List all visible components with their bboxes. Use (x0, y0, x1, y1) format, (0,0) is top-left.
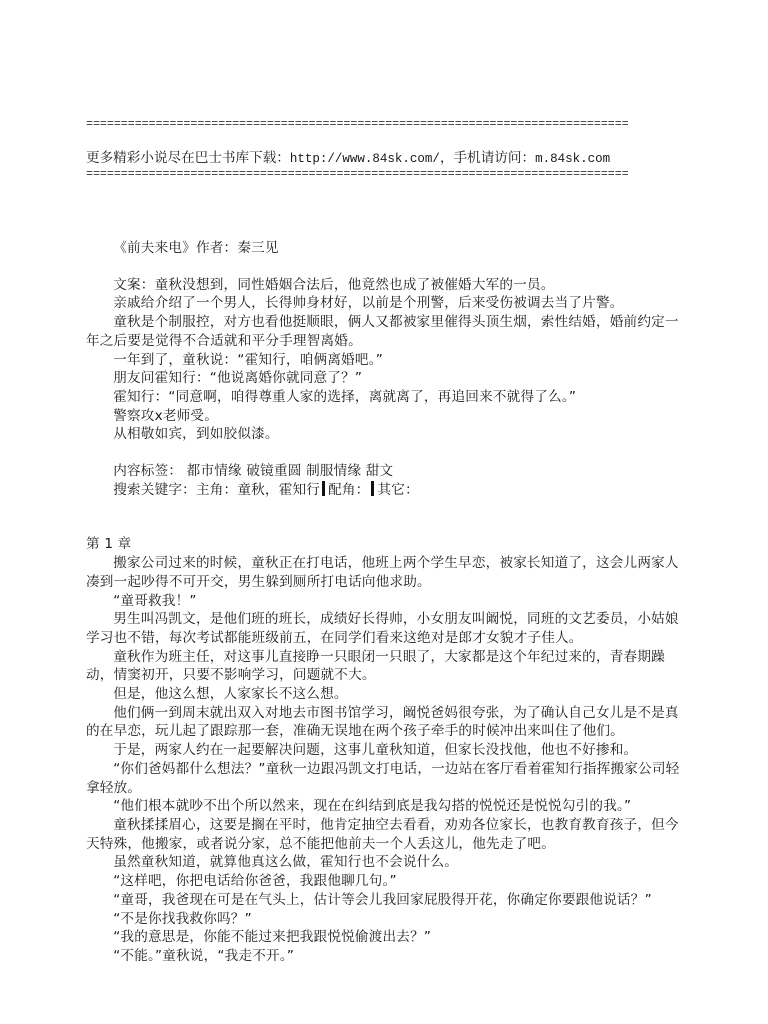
synopsis-paragraph: 从相敬如宾，到如胶似漆。 (86, 425, 680, 444)
chapter-paragraph: 于是，两家人约在一起要解决问题，这事儿童秋知道，但家长没找他，他也不好掺和。 (86, 741, 680, 760)
chapter-paragraph: 他们俩一到周末就出双入对地去市图书馆学习，阚悦爸妈很夸张，为了确认自己女儿是不是… (86, 704, 680, 741)
promo-prefix: 更多精彩小说尽在巴士书库下载： (86, 150, 290, 166)
divider-bar-icon (322, 481, 325, 496)
content-tags: 内容标签： 都市情缘 破镜重圆 制服情缘 甜文 (86, 462, 680, 481)
synopsis: 文案：童秋没想到，同性婚姻合法后，他竟然也成了被催婚大军的一员。 亲戚给介绍了一… (86, 276, 680, 444)
chapter-paragraph: “童哥，我爸现在可是在气头上，估计等会儿我回家屁股得开花，你确定你要跟他说话？” (86, 891, 680, 910)
promo-mobile-link[interactable]: m.84sk.com (535, 152, 610, 166)
chapter-1: 第 1 章 搬家公司过来的时候，童秋正在打电话，他班上两个学生早恋，被家长知道了… (86, 535, 680, 965)
spacer (86, 444, 680, 462)
chapter-paragraph: “这样吧，你把电话给你爸爸，我跟他聊几句。” (86, 872, 680, 891)
divider-bar-icon (371, 481, 374, 496)
chapter-paragraph: “不是你找我救你吗？” (86, 910, 680, 929)
chapter-paragraph: “他们根本就吵不出个所以然来，现在在纠结到底是我勾搭的悦悦还是悦悦勾引的我。” (86, 797, 680, 816)
promo-url-link[interactable]: http://www.84sk.com/ (290, 152, 440, 166)
chapter-heading: 第 1 章 (86, 535, 680, 554)
search-keywords: 搜索关键字：主角：童秋，霍知行配角：其它： (86, 481, 680, 500)
synopsis-paragraph: 亲戚给介绍了一个男人，长得帅身材好，以前是个刑警，后来受伤被调去当了片警。 (86, 294, 680, 313)
promo-line: 更多精彩小说尽在巴士书库下载：http://www.84sk.com/，手机请访… (86, 149, 680, 167)
synopsis-paragraph: 一年到了，童秋说：“霍知行，咱俩离婚吧。” (86, 351, 680, 370)
separator-bottom: ========================================… (86, 167, 680, 199)
chapter-paragraph: 搬家公司过来的时候，童秋正在打电话，他班上两个学生早恋，被家长知道了，这会儿两家… (86, 554, 680, 591)
book-meta: 内容标签： 都市情缘 破镜重圆 制服情缘 甜文 搜索关键字：主角：童秋，霍知行配… (86, 462, 680, 499)
synopsis-paragraph: 童秋是个制服控，对方也看他挺顺眼，俩人又都被家里催得头顶生烟，索性结婚，婚前约定… (86, 313, 680, 350)
chapter-paragraph: 童秋揉揉眉心，这要是搁在平时，他肯定抽空去看看，劝劝各位家长，也教育教育孩子，但… (86, 816, 680, 853)
document-body: 《前夫来电》作者：秦三见 文案：童秋没想到，同性婚姻合法后，他竟然也成了被催婚大… (86, 239, 680, 966)
spacer (86, 499, 680, 535)
synopsis-paragraph: 朋友问霍知行：“他说离婚你就同意了？” (86, 369, 680, 388)
book-title-line: 《前夫来电》作者：秦三见 (86, 239, 680, 258)
chapter-paragraph: 男生叫冯凯文，是他们班的班长，成绩好长得帅，小女朋友叫阚悦，同班的文艺委员，小姑… (86, 610, 680, 647)
synopsis-paragraph: 文案：童秋没想到，同性婚姻合法后，他竟然也成了被催婚大军的一员。 (86, 276, 680, 295)
keywords-supporting: 配角： (328, 482, 369, 498)
chapter-paragraph: 但是，他这么想，人家家长不这么想。 (86, 685, 680, 704)
spacer (86, 199, 680, 239)
keywords-other: 其它： (377, 482, 418, 498)
chapter-paragraph: “你们爸妈都什么想法？”童秋一边跟冯凯文打电话，一边站在客厅看着霍知行指挥搬家公… (86, 760, 680, 797)
chapter-paragraph: “我的意思是，你能不能过来把我跟悦悦偷渡出去？” (86, 928, 680, 947)
separator-top: ========================================… (86, 117, 680, 149)
document-page: ========================================… (86, 117, 680, 966)
chapter-paragraph: 虽然童秋知道，就算他真这么做，霍知行也不会说什么。 (86, 853, 680, 872)
promo-mid: ，手机请访问： (440, 150, 535, 166)
keywords-protagonists: 搜索关键字：主角：童秋，霍知行 (113, 482, 320, 498)
spacer (86, 258, 680, 276)
synopsis-paragraph: 警察攻x老师受。 (86, 407, 680, 426)
chapter-paragraph: “童哥救我！” (86, 592, 680, 611)
chapter-paragraph: 童秋作为班主任，对这事儿直接睁一只眼闭一只眼了，大家都是这个年纪过来的，青春期躁… (86, 648, 680, 685)
chapter-paragraph: “不能。”童秋说，“我走不开。” (86, 947, 680, 966)
synopsis-paragraph: 霍知行：“同意啊，咱得尊重人家的选择，离就离了，再追回来不就得了么。” (86, 388, 680, 407)
